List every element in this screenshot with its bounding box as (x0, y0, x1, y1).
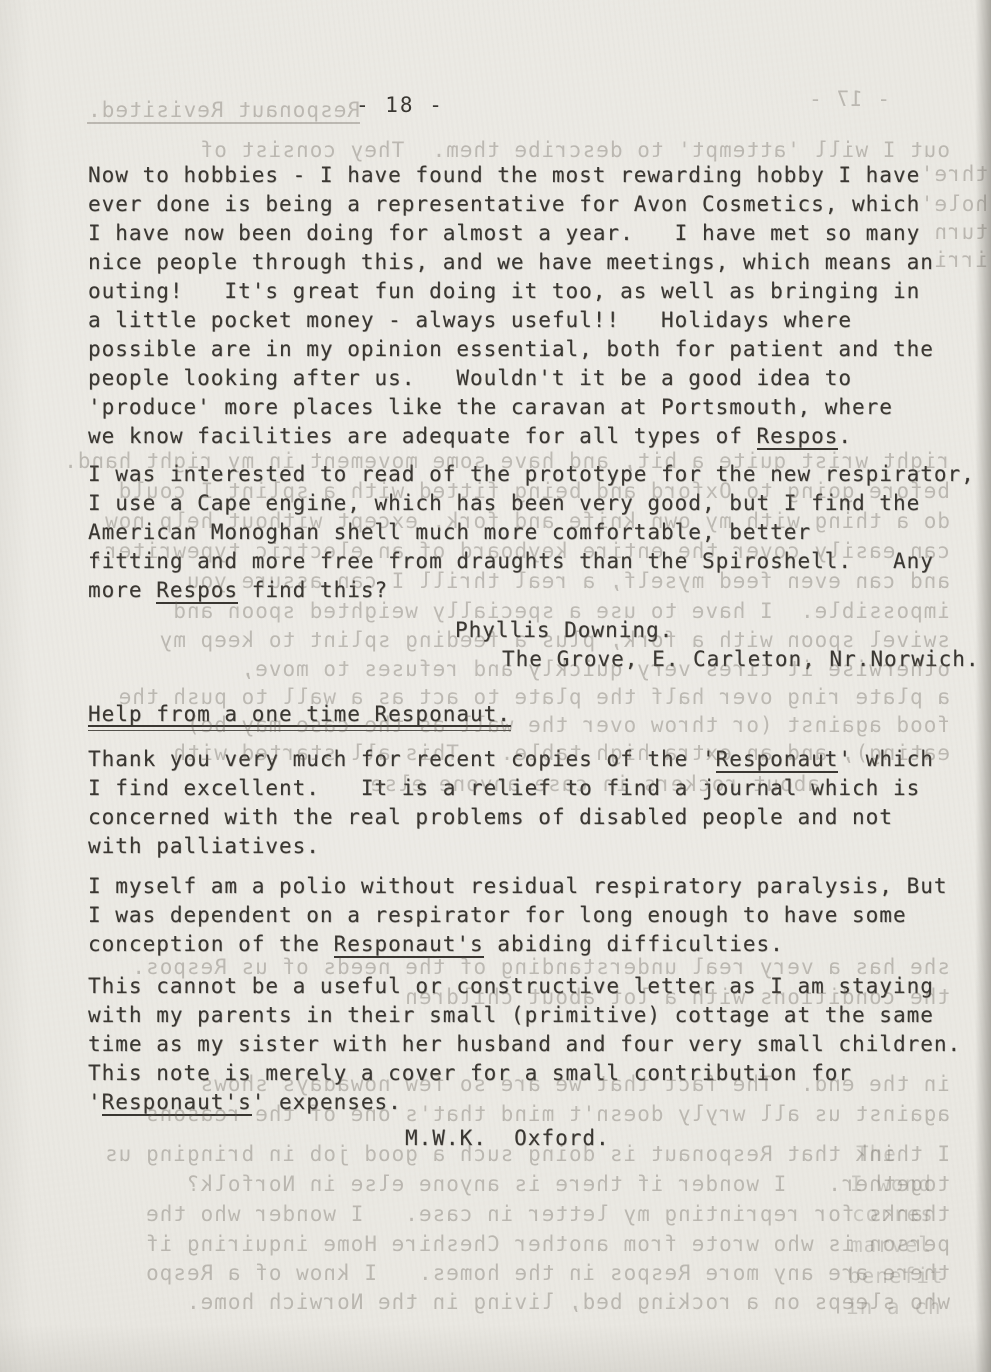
text-run: concerned with the real problems of disa… (88, 805, 893, 829)
bleedthrough-text: turn (933, 220, 988, 244)
typewritten-line: Now to hobbies - I have found the most r… (88, 161, 934, 190)
page-number: - 18 - (356, 93, 444, 117)
bleedthrough-line: do a thing with my own knife and fork, e… (70, 507, 950, 536)
bleedthrough-text: there are any more Respos in the homes. … (145, 1261, 950, 1285)
text-run: with palliatives. (88, 834, 320, 858)
bleedthrough-text: a plate ring over half the plate to act … (118, 685, 950, 709)
paragraph-hobbies: Now to hobbies - I have found the most r… (88, 161, 934, 451)
bleedthrough-text: out I will 'attempt' to describe them. T… (200, 138, 950, 162)
bleedthrough-line: together. I wonder if there is anyone el… (70, 1170, 950, 1199)
bleedthrough-text: do a thing with my own knife and fork, e… (104, 509, 950, 533)
bleedthrough-text: - 17 - (808, 87, 890, 111)
text-run: people looking after us. Wouldn't it be … (88, 366, 852, 390)
bleedthrough-line: hole' (930, 190, 988, 219)
bleedthrough-text: can easily cover the entire keyboard of … (90, 539, 950, 563)
text-run: we know facilities are adequate for all … (88, 424, 757, 448)
bleedthrough-text: thre' (920, 162, 988, 186)
typewritten-line: I was dependent on a respirator for long… (88, 901, 948, 930)
bleedthrough-text: swivel spoon with a fork, plus a feeding… (159, 628, 950, 652)
bleedthrough-line: benefit (848, 1262, 968, 1291)
bleedthrough-text: otherwise it tires very quickly and refu… (241, 657, 950, 681)
bleedthrough-line: who sleeps on a rocking bed, living in t… (70, 1288, 950, 1317)
bleedthrough-text: person is who wrote from another Cheshir… (145, 1232, 950, 1256)
bleedthrough-line: swivel spoon with a fork, plus a feeding… (70, 626, 950, 655)
bleedthrough-text: in the end. The fact that we are so few … (200, 1072, 950, 1096)
typewritten-line: time as my sister with her husband and f… (88, 1030, 961, 1059)
bleedthrough-text: she has a very real understanding of the… (131, 955, 950, 979)
text-run: Now to hobbies - I have found the most r… (88, 163, 920, 187)
bleedthrough-line: person is who wrote from another Cheshir… (70, 1230, 950, 1259)
bleedthrough-line: Responaut Revisited. (60, 96, 360, 125)
bleedthrough-text: right wrist quite a bit, and have some m… (63, 449, 950, 473)
bleedthrough-line: corres (852, 1200, 972, 1229)
bleedthrough-text: eating), and an extra high table. This a… (172, 741, 950, 765)
bleedthrough-line: I wond (850, 1170, 970, 1199)
bleedthrough-line: can easily cover the entire keyboard of … (70, 537, 950, 566)
bleedthrough-text: benefit (848, 1264, 944, 1288)
bleedthrough-text: I think that Responaut is doing such a g… (104, 1142, 950, 1166)
bleedthrough-line: in the end. The fact that we are so few … (70, 1070, 950, 1099)
bleedthrough-line: thre' (930, 160, 988, 189)
bleedthrough-text: together. I wonder if there is anyone el… (186, 1172, 950, 1196)
bleedthrough-line: before going to Oxford and being fitted … (70, 477, 950, 506)
text-run: I have now been doing for almost a year.… (88, 221, 920, 245)
bleedthrough-line: and can even feed myself, a real thrill … (70, 567, 950, 596)
typewritten-line: possible are in my opinion essential, bo… (88, 335, 934, 364)
bleedthrough-line: marvel (850, 1231, 970, 1260)
bleedthrough-text: hole' (920, 192, 988, 216)
text-run: . (838, 424, 852, 448)
bleedthrough-text: marvel (850, 1233, 932, 1257)
text-run: ever done is being a representative for … (88, 192, 920, 216)
scanned-document-page: - 18 - Now to hobbies - I have found the… (0, 0, 991, 1372)
bleedthrough-text: the conditions with a lot about children (404, 985, 950, 1009)
text-run: I myself am a polio without residual res… (88, 874, 948, 898)
bleedthrough-text: I wond (850, 1172, 932, 1196)
typewritten-line: people looking after us. Wouldn't it be … (88, 364, 934, 393)
bleedthrough-line: out I will 'attempt' to describe them. T… (80, 136, 950, 165)
bleedthrough-text: The (856, 1142, 897, 1166)
paragraph-polio: I myself am a polio without residual res… (88, 872, 948, 959)
bleedthrough-line: right wrist quite a bit, and have some m… (70, 447, 950, 476)
bleedthrough-line: the conditions with a lot about children (70, 983, 950, 1012)
text-run: I was dependent on a respirator for long… (88, 903, 907, 927)
bleedthrough-text: against us all wryly doesn't mind that's… (145, 1102, 950, 1126)
bleedthrough-text: thanks for reprinting my letter in case.… (145, 1202, 950, 1226)
bleedthrough-line: a plate ring over half the plate to act … (70, 683, 950, 712)
bleedthrough-line: irri (930, 246, 988, 275)
typewritten-line: nice people through this, and we have me… (88, 248, 934, 277)
bleedthrough-text: and can even feed myself, a real thrill … (186, 569, 950, 593)
text-run: outing! It's great fun doing it too, as … (88, 279, 920, 303)
bleedthrough-line: - 17 - (820, 85, 890, 114)
bleedthrough-text: in a ch (846, 1295, 942, 1319)
typewritten-line: I myself am a polio without residual res… (88, 872, 948, 901)
bleedthrough-line: I think that Responaut is doing such a g… (70, 1140, 950, 1169)
typewritten-line: 'produce' more places like the caravan a… (88, 393, 934, 422)
bleedthrough-line: otherwise it tires very quickly and refu… (70, 655, 950, 684)
bleedthrough-text: who sleeps on a rocking bed, living in t… (186, 1290, 950, 1314)
typewritten-line: a little pocket money - always useful!! … (88, 306, 934, 335)
bleedthrough-line: about rockers in case anyone else (200, 770, 820, 799)
typewritten-line: I have now been doing for almost a year.… (88, 219, 934, 248)
bleedthrough-line: she has a very real understanding of the… (70, 953, 950, 982)
bleedthrough-line: eating), and an extra high table. This a… (70, 739, 950, 768)
bleedthrough-line: impossible. I have to use a specially we… (70, 597, 950, 626)
bleedthrough-text: Responaut Revisited. (87, 98, 360, 124)
bleedthrough-text: impossible. I have to use a specially we… (172, 599, 950, 623)
bleedthrough-text: corres (852, 1202, 934, 1226)
bleedthrough-line: The (856, 1140, 976, 1169)
bleedthrough-line: thanks for reprinting my letter in case.… (70, 1200, 950, 1229)
bleedthrough-text: before going to Oxford and being fitted … (118, 479, 950, 503)
bleedthrough-line: turn (930, 218, 988, 247)
text-run: time as my sister with her husband and f… (88, 1032, 961, 1056)
bleedthrough-line: there are any more Respos in the homes. … (70, 1259, 950, 1288)
bleedthrough-text: about rockers in case anyone else (370, 772, 820, 796)
typewritten-line: concerned with the real problems of disa… (88, 803, 934, 832)
bleedthrough-text: food against (or throw over the wall as … (186, 713, 950, 737)
typewritten-line: ever done is being a representative for … (88, 190, 934, 219)
text-run: nice people through this, and we have me… (88, 250, 934, 274)
text-run: 'produce' more places like the caravan a… (88, 395, 893, 419)
typewritten-line: outing! It's great fun doing it too, as … (88, 277, 934, 306)
text-run: a little pocket money - always useful!! … (88, 308, 852, 332)
bleedthrough-line: in a ch (846, 1293, 966, 1322)
bleedthrough-text: irri (933, 248, 988, 272)
bleedthrough-line: food against (or throw over the wall as … (70, 711, 950, 740)
bleedthrough-line: against us all wryly doesn't mind that's… (70, 1100, 950, 1129)
text-run: possible are in my opinion essential, bo… (88, 337, 934, 361)
typewritten-line: with palliatives. (88, 832, 934, 861)
